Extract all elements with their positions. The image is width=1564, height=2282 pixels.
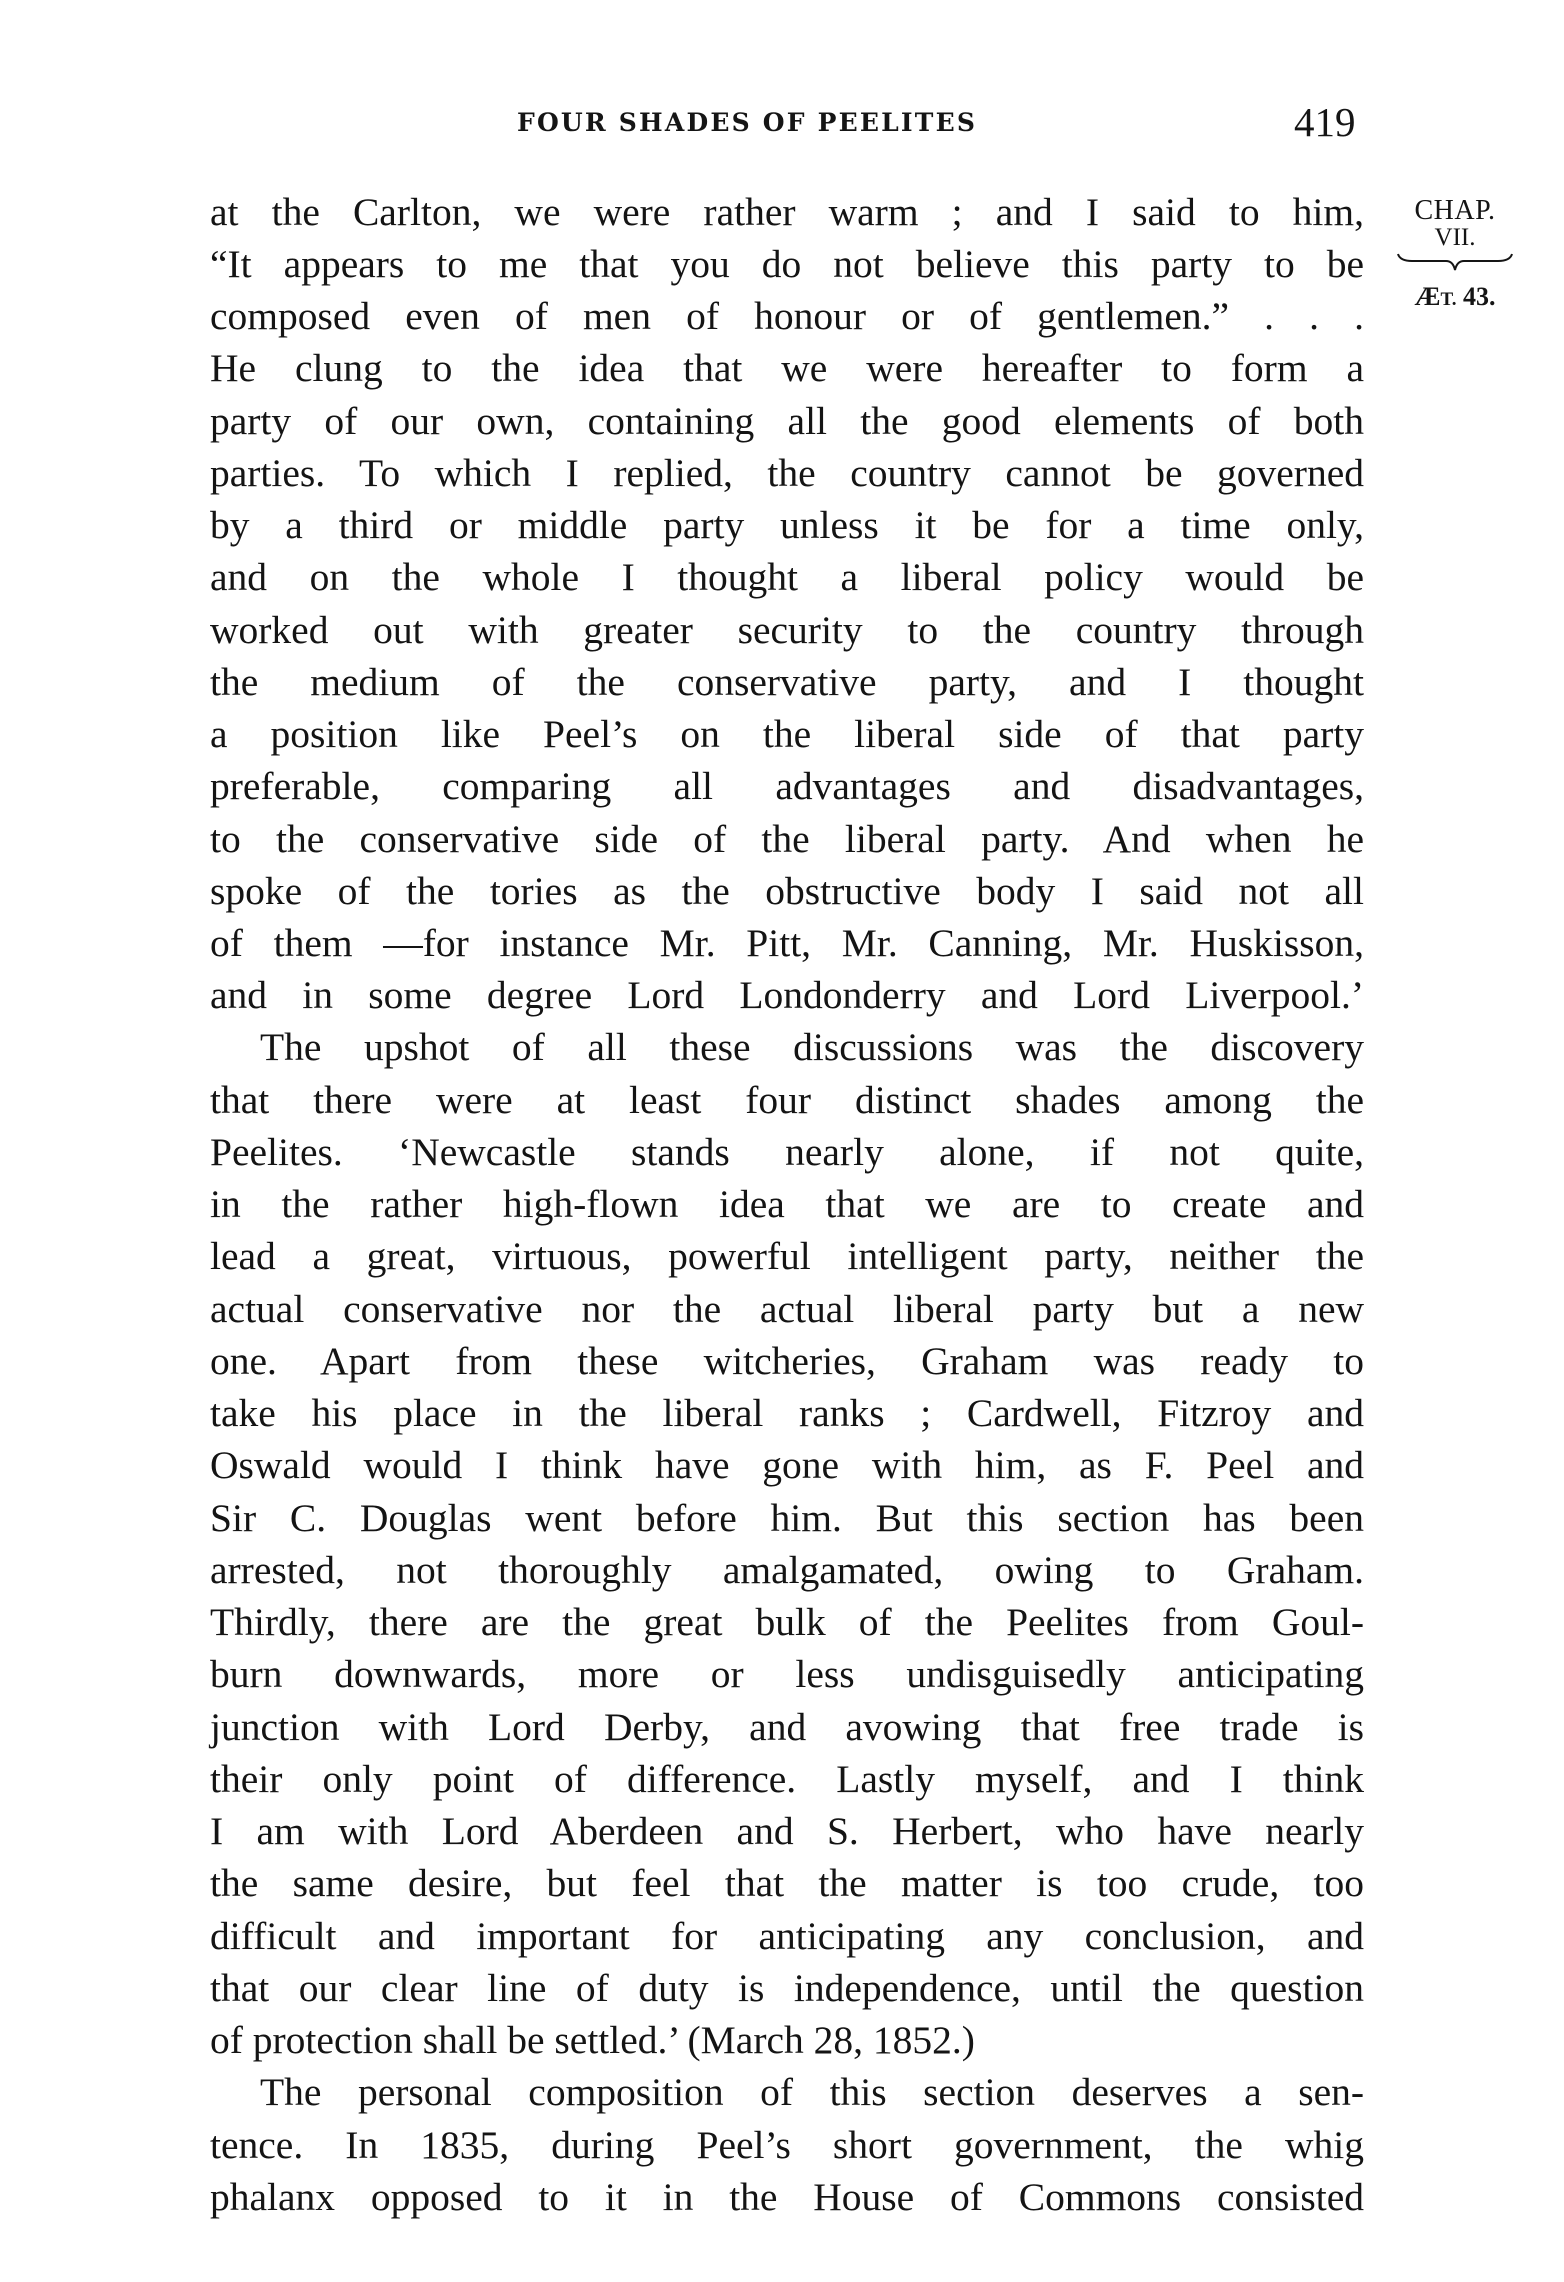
text-line: I am with Lord Aberdeen and S. Herbert, … [210, 1805, 1364, 1857]
text-line: the medium of the conservative party, an… [210, 656, 1364, 708]
text-line: a position like Peel’s on the liberal si… [210, 708, 1364, 760]
margin-note: CHAP. VII. ÆT. 43. [1390, 196, 1520, 317]
text-line: preferable, comparing all advantages and… [210, 760, 1364, 812]
text-line: phalanx opposed to it in the House of Co… [210, 2171, 1364, 2223]
paragraph-start-line: The personal composition of this section… [260, 2066, 1364, 2118]
paragraph-start-line: The upshot of all these discussions was … [260, 1021, 1364, 1073]
text-line: that our clear line of duty is independe… [210, 1962, 1364, 2014]
paragraph-end-line: of protection shall be settled.’ (March … [210, 2014, 1364, 2066]
text-line: lead a great, virtuous, powerful intelli… [210, 1230, 1364, 1282]
age-note: ÆT. 43. [1390, 280, 1520, 317]
text-line: actual conservative nor the actual liber… [210, 1283, 1364, 1335]
text-line: by a third or middle party unless it be … [210, 499, 1364, 551]
text-line: and in some degree Lord Londonderry and … [210, 969, 1364, 1021]
text-line: one. Apart from these witcheries, Graham… [210, 1335, 1364, 1387]
text-line: parties. To which I replied, the country… [210, 447, 1364, 499]
text-line: Oswald would I think have gone with him,… [210, 1439, 1364, 1491]
text-line: Thirdly, there are the great bulk of the… [210, 1596, 1364, 1648]
page-number: 419 [1294, 98, 1356, 146]
age-suffix: T. [1440, 289, 1456, 310]
text-line: composed even of men of honour or of gen… [210, 290, 1364, 342]
chapter-label: CHAP. [1390, 196, 1520, 226]
age-prefix: Æ [1414, 282, 1440, 311]
text-line: that there were at least four distinct s… [210, 1074, 1364, 1126]
text-line: Peelites. ‘Newcastle stands nearly alone… [210, 1126, 1364, 1178]
running-title: FOUR SHADES OF PEELITES [517, 108, 1057, 137]
curly-brace-icon [1396, 252, 1514, 274]
text-line: burn downwards, more or less undisguised… [210, 1648, 1364, 1700]
text-line: party of our own, containing all the goo… [210, 395, 1364, 447]
text-line: arrested, not thoroughly amalgamated, ow… [210, 1544, 1364, 1596]
text-line: to the conservative side of the liberal … [210, 813, 1364, 865]
text-line: tence. In 1835, during Peel’s short gove… [210, 2119, 1364, 2171]
text-line: He clung to the idea that we were hereaf… [210, 342, 1364, 394]
text-line: difficult and important for anticipating… [210, 1910, 1364, 1962]
text-line: take his place in the liberal ranks ; Ca… [210, 1387, 1364, 1439]
text-line: worked out with greater security to the … [210, 604, 1364, 656]
text-line: of them —for instance Mr. Pitt, Mr. Cann… [210, 917, 1364, 969]
text-line: at the Carlton, we were rather warm ; an… [210, 186, 1364, 238]
age-value: 43. [1457, 282, 1496, 311]
text-line: their only point of difference. Lastly m… [210, 1753, 1364, 1805]
chapter-number: VII. [1390, 226, 1520, 250]
text-line: in the rather high-flown idea that we ar… [210, 1178, 1364, 1230]
text-line: “It appears to me that you do not believ… [210, 238, 1364, 290]
text-line: Sir C. Douglas went before him. But this… [210, 1492, 1364, 1544]
text-line: and on the whole I thought a liberal pol… [210, 551, 1364, 603]
book-page: FOUR SHADES OF PEELITES 419 CHAP. VII. Æ… [0, 0, 1564, 2282]
text-line: spoke of the tories as the obstructive b… [210, 865, 1364, 917]
text-line: the same desire, but feel that the matte… [210, 1857, 1364, 1909]
text-line: junction with Lord Derby, and avowing th… [210, 1701, 1364, 1753]
